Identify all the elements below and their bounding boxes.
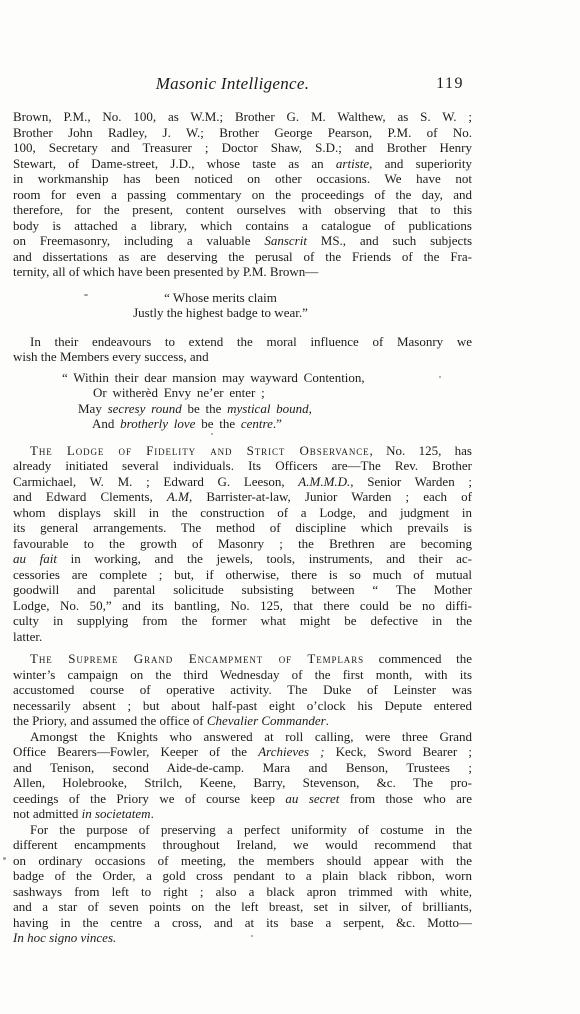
verse-mansion: “ Within their dear mansion may wayward … <box>13 370 472 432</box>
text-line: Or witherèd Envy ne’er enter ; <box>13 385 472 401</box>
text-line: on Freemasonry, including a valuable San… <box>13 233 472 249</box>
text-line: body is attached a library, which contai… <box>13 218 472 234</box>
text-line: necessarily absent ; but about half-past… <box>13 698 472 714</box>
italic-text: A.M <box>167 489 189 504</box>
text-line: 100, Secretary and Treasurer ; Doctor Sh… <box>13 140 472 156</box>
italic-text: au fait <box>13 551 57 566</box>
text-line: goodwill and parental solicitude subsist… <box>13 582 472 598</box>
text-line: the Priory, and assumed the office of Ch… <box>13 713 472 729</box>
text-line: whom displays skill in the construction … <box>13 505 472 521</box>
small-caps-text: The Lodge of Fidelity and Strict Observa… <box>30 443 370 458</box>
text-line: and dissertations as are deserving the p… <box>13 249 472 265</box>
italic-text: Sanscrit <box>264 233 307 248</box>
text-line: culty in supplying from the former what … <box>13 613 472 629</box>
paragraph-roll-call: Amongst the Knights who answered at roll… <box>13 729 472 822</box>
text-line: For the purpose of preserving a perfect … <box>13 822 472 838</box>
text-line: Allen, Holebrooke, Strilch, Keene, Barry… <box>13 775 472 791</box>
italic-text: secresy round <box>108 401 182 416</box>
text-line: different encampments throughout Ireland… <box>13 837 472 853</box>
text-line: The Lodge of Fidelity and Strict Observa… <box>13 443 472 459</box>
text-line: au fait in working, and the jewels, tool… <box>13 551 472 567</box>
scan-speck <box>3 857 6 860</box>
text-line: Lodge, No. 50,” and its bantling, No. 12… <box>13 598 472 614</box>
italic-text: A.M.M.D. <box>298 474 350 489</box>
italic-text: in societatem <box>82 806 151 821</box>
text-line: in workmanship has been noticed on other… <box>13 171 472 187</box>
paragraph-endeavours: In their endeavours to extend the moral … <box>13 334 472 365</box>
text-line: Justly the highest badge to wear.” <box>13 305 472 321</box>
text-column: Masonic Intelligence. 119 Brown, P.M., N… <box>13 0 472 946</box>
text-line: And brotherly love be the centre.” <box>13 416 472 432</box>
italic-text: brotherly love <box>120 416 195 431</box>
paragraph-officers: Brown, P.M., No. 100, as W.M.; Brother G… <box>13 109 472 280</box>
text-line: sashways from left to right ; also a bla… <box>13 884 472 900</box>
scan-speck <box>251 935 253 937</box>
text-line: The Supreme Grand Encampment of Templars… <box>13 651 472 667</box>
scan-speck <box>211 433 213 435</box>
scan-speck <box>439 376 441 378</box>
text-line: already initiated several individuals. I… <box>13 458 472 474</box>
text-line: Amongst the Knights who answered at roll… <box>13 729 472 745</box>
text-line: room for even a passing commentary on th… <box>13 187 472 203</box>
text-line: ceedings of the Priory we of course keep… <box>13 791 472 807</box>
text-line: its general arrangements. The method of … <box>13 520 472 536</box>
text-line: “ Within their dear mansion may wayward … <box>13 370 472 386</box>
text-line: winter’s campaign on the third Wednesday… <box>13 667 472 683</box>
text-line: May secresy round be the mystical bound, <box>13 401 472 417</box>
running-header: Masonic Intelligence. 119 <box>13 72 472 96</box>
text-line: favourable to the growth of Masonry ; th… <box>13 536 472 552</box>
text-line: In their endeavours to extend the moral … <box>13 334 472 350</box>
small-caps-text: The Supreme Grand Encampment of Templars <box>30 651 364 666</box>
italic-text: artiste <box>336 156 369 171</box>
italic-text: mystical bound, <box>227 401 312 416</box>
text-line: and Edward Clements, A.M, Barrister-at-l… <box>13 489 472 505</box>
page-title: Masonic Intelligence. <box>13 72 472 96</box>
paragraph-lodge-fidelity: The Lodge of Fidelity and Strict Observa… <box>13 443 472 645</box>
italic-text: au secret <box>285 791 339 806</box>
text-line: “ Whose merits claim <box>13 290 472 306</box>
paragraph-costume: For the purpose of preserving a perfect … <box>13 822 472 946</box>
scanned-page: Masonic Intelligence. 119 Brown, P.M., N… <box>0 0 580 1014</box>
text-line: Brown, P.M., No. 100, as W.M.; Brother G… <box>13 109 472 125</box>
italic-text: In hoc signo vinces. <box>13 930 116 945</box>
quote-merits: “ Whose merits claimJustly the highest b… <box>13 290 472 321</box>
text-line: cessories are complete ; but, if otherwi… <box>13 567 472 583</box>
text-line: ternity, all of which have been presente… <box>13 264 472 280</box>
page-body: Brown, P.M., No. 100, as W.M.; Brother G… <box>13 109 472 946</box>
text-line: and a star of seven points on the left b… <box>13 899 472 915</box>
italic-text: centre <box>241 416 273 431</box>
text-line: Brother John Radley, J. W.; Brother Geor… <box>13 125 472 141</box>
text-line: therefore, for the present, content ours… <box>13 202 472 218</box>
page-number: 119 <box>436 72 464 96</box>
text-line: not admitted in societatem. <box>13 806 472 822</box>
text-line: In hoc signo vinces. <box>13 930 472 946</box>
text-line: Stewart, of Dame-street, J.D., whose tas… <box>13 156 472 172</box>
text-line: wish the Members every success, and <box>13 349 472 365</box>
text-line: on ordinary occasions of meeting, the me… <box>13 853 472 869</box>
text-line: Office Bearers—Fowler, Keeper of the Arc… <box>13 744 472 760</box>
text-line: badge of the Order, a gold cross pendant… <box>13 868 472 884</box>
text-line: and Tenison, second Aide-de-camp. Mara a… <box>13 760 472 776</box>
text-line: Carmichael, W. M. ; Edward G. Leeson, A.… <box>13 474 472 490</box>
italic-text: Archieves ; <box>258 744 324 759</box>
text-line: having in the centre a cross, and at its… <box>13 915 472 931</box>
italic-text: Chevalier Commander <box>207 713 326 728</box>
paragraph-grand-encampment: The Supreme Grand Encampment of Templars… <box>13 651 472 729</box>
text-line: accustomed course of operative activity.… <box>13 682 472 698</box>
scan-speck <box>84 294 88 296</box>
text-line: latter. <box>13 629 472 645</box>
